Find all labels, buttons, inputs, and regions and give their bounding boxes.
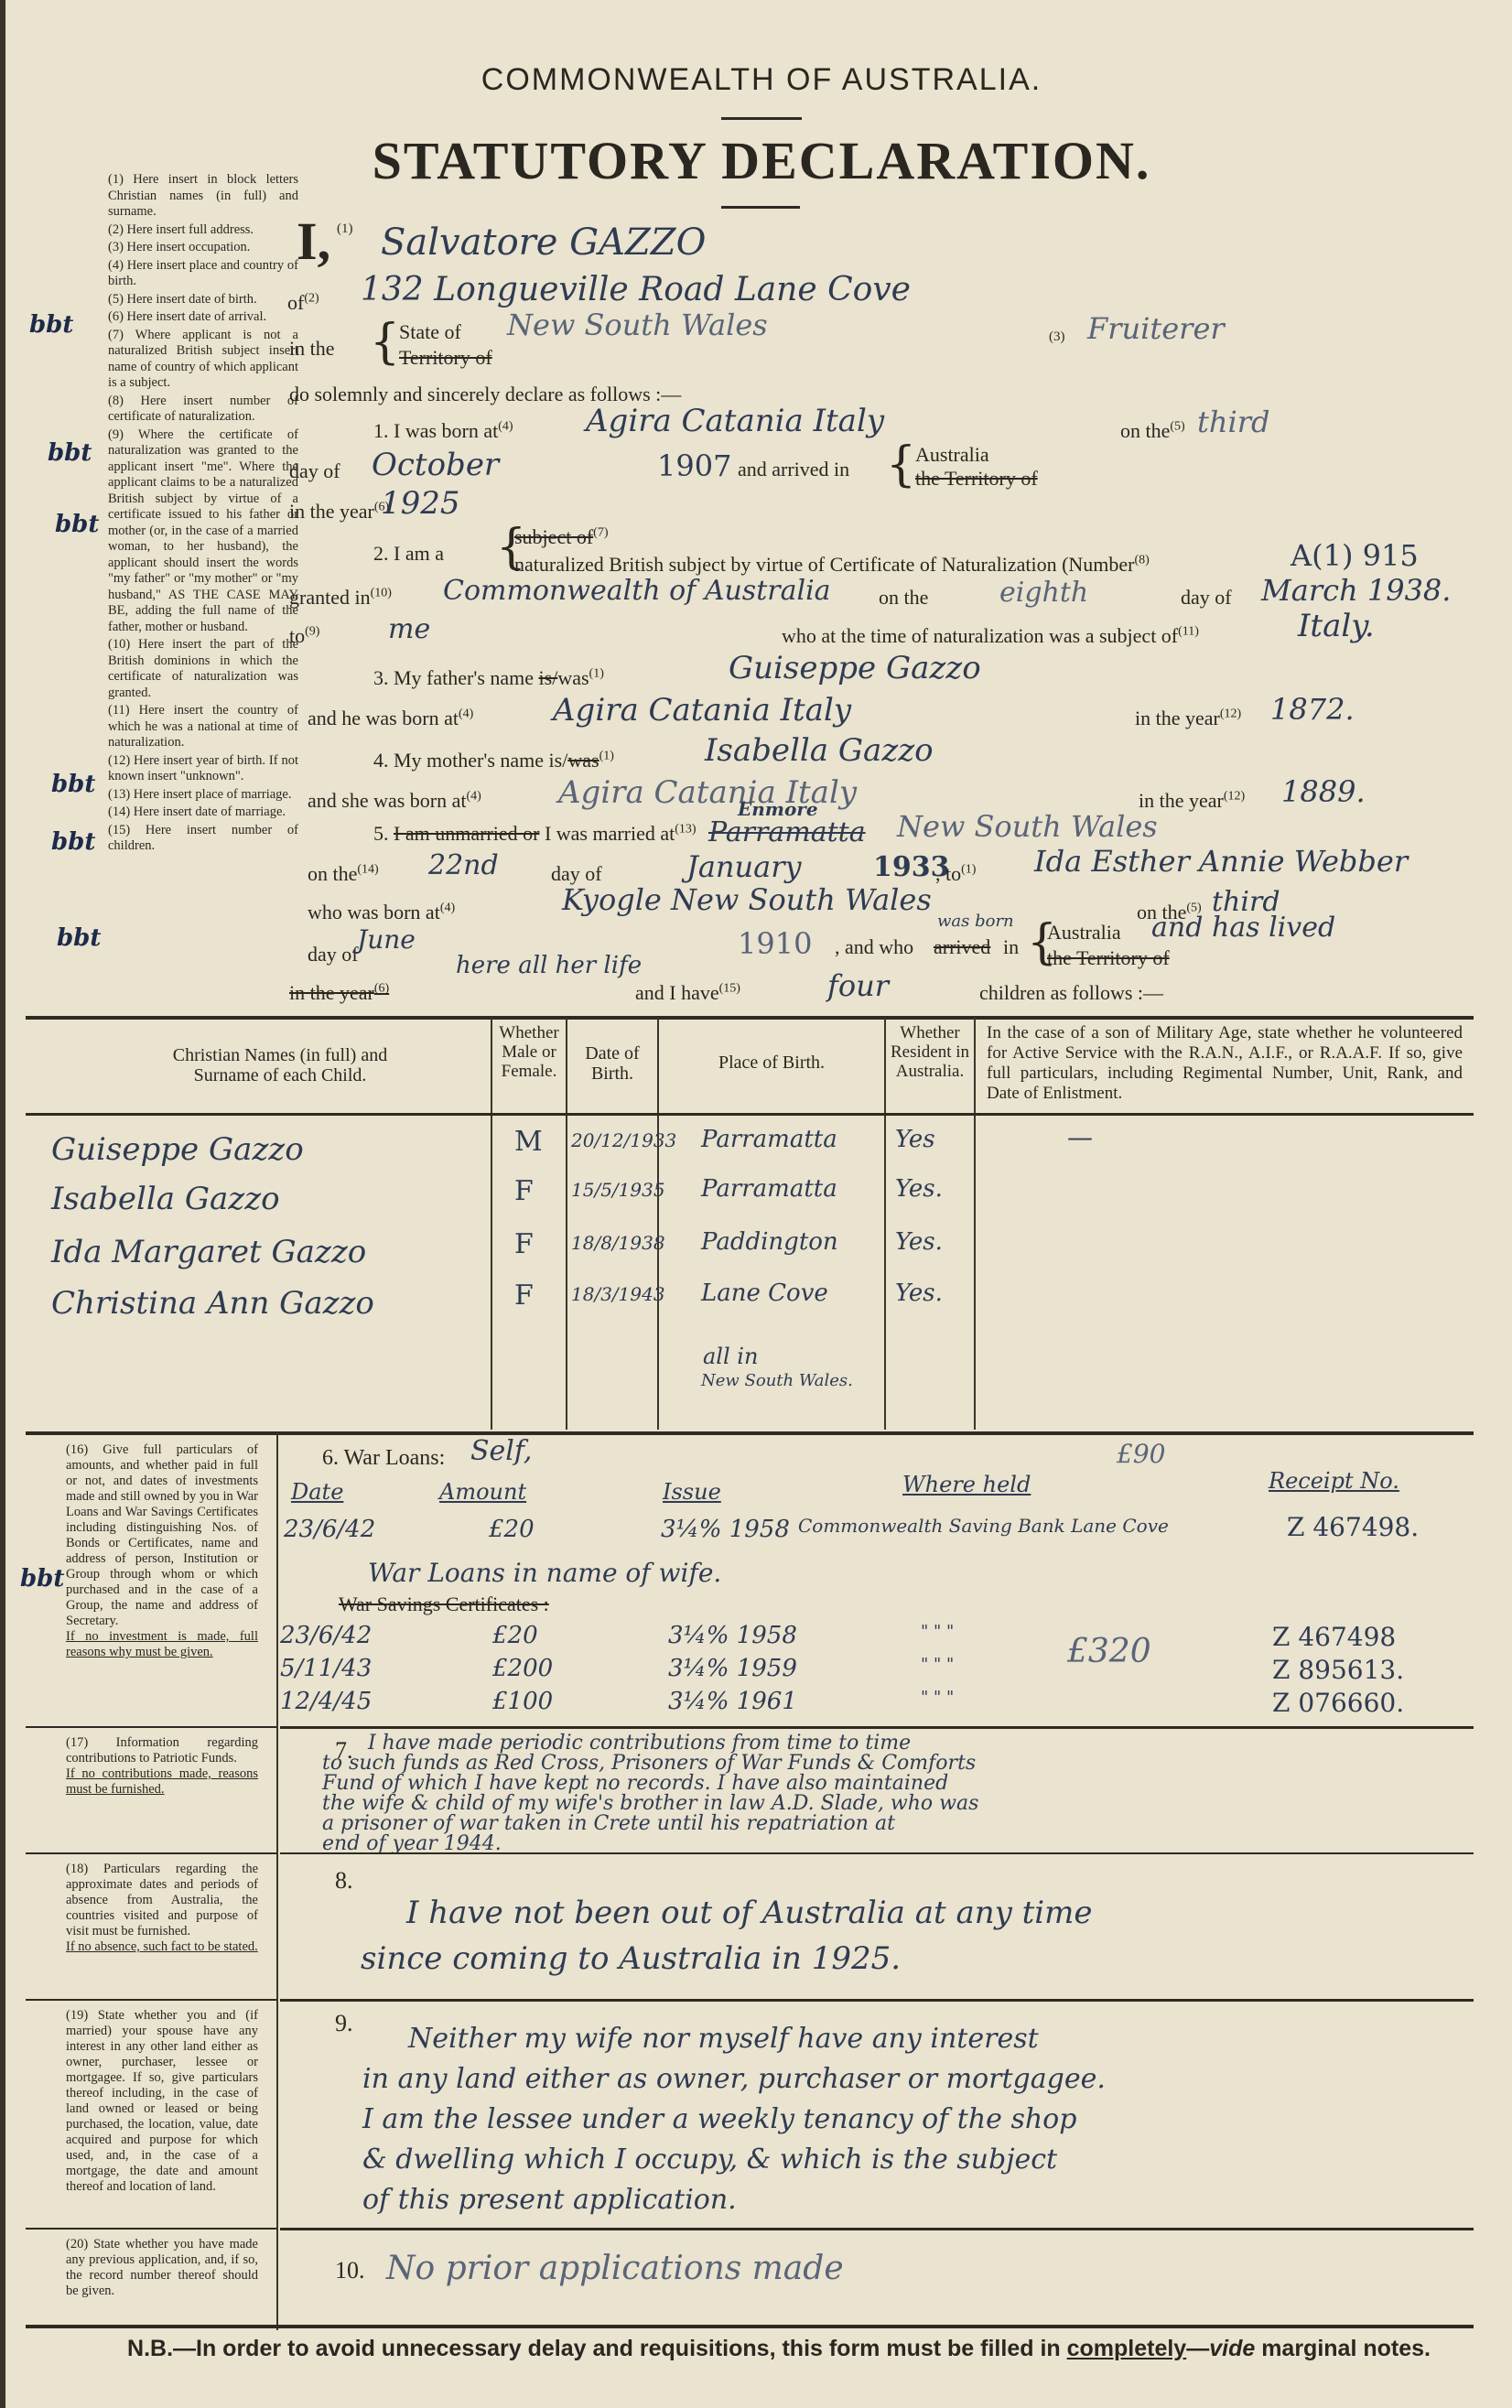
label-day-of: day of bbox=[308, 943, 359, 966]
label-subject-of: who at the time of naturalization was a … bbox=[782, 624, 1199, 648]
side-note-20: (20) State whether you have made any pre… bbox=[66, 2237, 258, 2299]
item5-label: 5. I am unmarried or I was married at(13… bbox=[373, 822, 697, 846]
margin-column-divider bbox=[276, 1433, 278, 2330]
child-dob[interactable]: 18/3/1943 bbox=[571, 1283, 665, 1305]
item1-label: 1. I was born at(4) bbox=[373, 419, 513, 443]
label-of: of(2) bbox=[287, 291, 319, 315]
child-sex[interactable]: F bbox=[514, 1280, 534, 1312]
children-count[interactable]: four bbox=[827, 968, 889, 1003]
section-rule bbox=[280, 2228, 1474, 2230]
label-i: I, bbox=[297, 211, 330, 272]
header-divider bbox=[721, 206, 800, 209]
child-resident[interactable]: Yes. bbox=[895, 1175, 943, 1203]
column-header-dob: Date of Birth. bbox=[567, 1043, 657, 1084]
column-divider bbox=[974, 1018, 976, 1430]
column-label-issue: Issue bbox=[663, 1479, 721, 1505]
column-header-military: In the case of a son of Military Age, st… bbox=[987, 1023, 1463, 1104]
wife-loan-date[interactable]: 23/6/42 bbox=[280, 1622, 372, 1649]
wife-loan-amount[interactable]: £20 bbox=[492, 1622, 538, 1649]
child-military[interactable]: — bbox=[1067, 1122, 1093, 1152]
margin-notes: (1) Here insert in block letters Christi… bbox=[108, 172, 298, 857]
initials-mark: bbt bbox=[55, 511, 99, 538]
item1-birthplace[interactable]: Agira Catania Italy bbox=[586, 403, 884, 439]
column-label-receipt: Receipt No. bbox=[1269, 1468, 1399, 1494]
spouse-name[interactable]: Ida Esther Annie Webber bbox=[1034, 844, 1408, 879]
initials-mark: bbt bbox=[51, 771, 95, 798]
margin-note: (11) Here insert the country of which he… bbox=[108, 703, 298, 751]
label-born-at: who was born at(4) bbox=[308, 901, 455, 924]
mother-birth-year[interactable]: 1889. bbox=[1281, 774, 1366, 809]
wife-loan-issue[interactable]: 3¼% 1961 bbox=[668, 1688, 797, 1715]
item9-number: 9. bbox=[335, 2010, 353, 2037]
label-in-the-year: in the year(6) bbox=[289, 500, 389, 524]
child-name[interactable]: Isabella Gazzo bbox=[51, 1181, 280, 1217]
section-rule bbox=[26, 1726, 276, 1728]
answer-line[interactable]: Neither my wife nor myself have any inte… bbox=[408, 2023, 1039, 2055]
wife-loan-issue[interactable]: 3¼% 1959 bbox=[668, 1655, 797, 1682]
wife-loan-issue[interactable]: 3¼% 1958 bbox=[668, 1622, 797, 1649]
child-birthplace[interactable]: Lane Cove bbox=[701, 1280, 828, 1307]
margin-note: (9) Where the certificate of naturalizat… bbox=[108, 427, 298, 636]
brace: { bbox=[370, 319, 400, 366]
item1-birth-day[interactable]: third bbox=[1197, 405, 1269, 439]
mother-name[interactable]: Isabella Gazzo bbox=[705, 732, 934, 769]
granted-month-year[interactable]: March 1938. bbox=[1261, 573, 1451, 608]
self-loan-where-held[interactable]: Commonwealth Saving Bank Lane Cove bbox=[798, 1516, 1183, 1536]
footer-rule bbox=[26, 2325, 1474, 2328]
option-territory: the Territory of bbox=[915, 467, 1038, 491]
label-to: to(9) bbox=[289, 624, 319, 648]
side-note-17: (17) Information regarding contributions… bbox=[66, 1735, 258, 1798]
lived-note-2[interactable]: here all her life bbox=[456, 952, 642, 979]
column-header-sex: Whether Male or Female. bbox=[492, 1023, 566, 1081]
declaration-form: COMMONWEALTH OF AUSTRALIA. STATUTORY DEC… bbox=[0, 0, 1512, 2408]
declarant-address[interactable]: 132 Longueville Road Lane Cove bbox=[361, 271, 911, 308]
side-note-18: (18) Particulars regarding the approxima… bbox=[66, 1862, 258, 1955]
label-in-the-year: in the year(12) bbox=[1135, 707, 1241, 730]
wife-loan-amount[interactable]: £200 bbox=[492, 1655, 553, 1682]
margin-note: (14) Here insert date of marriage. bbox=[108, 804, 298, 821]
column-label-date: Date bbox=[291, 1479, 343, 1505]
country-heading: COMMONWEALTH OF AUSTRALIA. bbox=[5, 62, 1512, 98]
label-born-at: and he was born at(4) bbox=[308, 707, 473, 730]
child-name[interactable]: Ida Margaret Gazzo bbox=[51, 1234, 366, 1270]
item2-label: 2. I am a bbox=[373, 542, 444, 566]
granted-to[interactable]: me bbox=[388, 613, 430, 645]
item1-birth-year[interactable]: 1907 bbox=[657, 448, 731, 483]
item1-arrival-year[interactable]: 1925 bbox=[381, 485, 460, 522]
section-rule bbox=[280, 1999, 1474, 2002]
margin-note: (4) Here insert place and country of bir… bbox=[108, 258, 298, 290]
footer-note: N.B.—In order to avoid unnecessary delay… bbox=[74, 2336, 1484, 2362]
note-ref: (1) bbox=[337, 221, 353, 237]
label-day-of: day of bbox=[1181, 586, 1232, 610]
table-top-rule bbox=[26, 1016, 1474, 1020]
certificate-number[interactable]: A(1) 915 bbox=[1291, 538, 1419, 573]
place-note: all in bbox=[703, 1344, 758, 1369]
answer-line[interactable]: & dwelling which I occupy, & which is th… bbox=[362, 2143, 1057, 2176]
wife-loan-receipt[interactable]: Z 895613. bbox=[1272, 1655, 1404, 1685]
child-dob[interactable]: 18/8/1938 bbox=[571, 1232, 665, 1254]
subject-of-country[interactable]: Italy. bbox=[1298, 608, 1375, 644]
margin-note: (2) Here insert full address. bbox=[108, 222, 298, 239]
wife-loan-where-held[interactable]: " " " bbox=[921, 1622, 954, 1641]
wife-loans-heading: War Loans in name of wife. bbox=[368, 1558, 721, 1588]
label-in-the: in the bbox=[289, 337, 335, 361]
wife-loan-where-held[interactable]: " " " bbox=[921, 1655, 954, 1674]
spouse-birthplace[interactable]: Kyogle New South Wales bbox=[562, 882, 932, 917]
item10-answer[interactable]: No prior applications made bbox=[386, 2250, 844, 2287]
self-loan-amount[interactable]: £20 bbox=[489, 1516, 535, 1543]
total-note: £90 bbox=[1117, 1439, 1165, 1469]
margin-note: (7) Where applicant is not a naturalized… bbox=[108, 328, 298, 392]
self-loan-date[interactable]: 23/6/42 bbox=[284, 1516, 375, 1543]
granted-in[interactable]: Commonwealth of Australia bbox=[443, 575, 831, 607]
self-loan-issue[interactable]: 3¼% 1958 bbox=[661, 1516, 790, 1543]
item8-number: 8. bbox=[335, 1867, 353, 1895]
marriage-day[interactable]: 22nd bbox=[428, 849, 499, 881]
label-on-the: on the(14) bbox=[308, 862, 379, 886]
wife-loan-receipt[interactable]: Z 076660. bbox=[1272, 1688, 1404, 1718]
child-name[interactable]: Christina Ann Gazzo bbox=[51, 1285, 374, 1322]
label-on-the: on the bbox=[879, 586, 928, 610]
margin-note: (12) Here insert year of birth. If not k… bbox=[108, 753, 298, 785]
child-birthplace[interactable]: Parramatta bbox=[701, 1126, 837, 1153]
lived-note[interactable]: and has lived bbox=[1151, 912, 1335, 944]
was-born-inserted[interactable]: was born bbox=[937, 912, 1014, 931]
war-loans-owner[interactable]: Self, bbox=[470, 1435, 532, 1467]
child-sex[interactable]: F bbox=[514, 1175, 534, 1207]
label-children-as-follows: children as follows :— bbox=[979, 981, 1163, 1005]
wife-loan-amount[interactable]: £100 bbox=[492, 1688, 553, 1715]
label-granted-in: granted in(10) bbox=[289, 586, 392, 610]
declarant-state[interactable]: New South Wales bbox=[507, 308, 768, 342]
initials-mark: bbt bbox=[48, 439, 92, 467]
margin-note: (6) Here insert date of arrival. bbox=[108, 309, 298, 326]
granted-day[interactable]: eighth bbox=[999, 577, 1088, 609]
self-loan-receipt[interactable]: Z 467498. bbox=[1287, 1512, 1419, 1542]
wife-loan-date[interactable]: 5/11/43 bbox=[280, 1655, 372, 1682]
side-note-16: (16) Give full particulars of amounts, a… bbox=[66, 1442, 258, 1660]
section-rule bbox=[26, 2228, 276, 2230]
wife-loan-where-held[interactable]: " " " bbox=[921, 1688, 954, 1707]
marriage-place-struck: Parramatta bbox=[708, 816, 866, 848]
table-header-rule bbox=[26, 1113, 1474, 1116]
header-divider bbox=[721, 117, 802, 120]
label-born-at: and she was born at(4) bbox=[308, 789, 481, 813]
item1-birth-month[interactable]: October bbox=[372, 447, 499, 483]
section-rule bbox=[26, 1431, 1474, 1435]
initials-mark: bbt bbox=[29, 311, 73, 339]
label-arrived-in: and arrived in bbox=[738, 458, 849, 481]
label-on-the: on the(5) bbox=[1120, 419, 1185, 443]
initials-mark: bbt bbox=[20, 1565, 64, 1593]
wife-loan-receipt[interactable]: Z 467498 bbox=[1272, 1622, 1396, 1652]
child-sex[interactable]: M bbox=[514, 1126, 543, 1158]
answer-line[interactable]: I am the lessee under a weekly tenancy o… bbox=[362, 2103, 1076, 2135]
column-header-name: Christian Names (in full) and Surname of… bbox=[143, 1045, 417, 1085]
item3-label: 3. My father's name is/was(1) bbox=[373, 666, 604, 690]
column-divider bbox=[657, 1018, 659, 1430]
child-resident[interactable]: Yes. bbox=[895, 1228, 943, 1256]
answer-line[interactable]: I have not been out of Australia at any … bbox=[406, 1895, 1093, 1931]
margin-note: (1) Here insert in block letters Christi… bbox=[108, 172, 298, 221]
answer-line[interactable]: in any land either as owner, purchaser o… bbox=[362, 2063, 1106, 2095]
label-in: in bbox=[1003, 935, 1019, 959]
arrived-struck: arrived bbox=[934, 935, 990, 959]
war-savings-struck: War Savings Certificates : bbox=[339, 1593, 549, 1616]
initials-mark: bbt bbox=[57, 924, 101, 952]
section-rule bbox=[26, 1852, 276, 1854]
spouse-birth-year[interactable]: 1910 bbox=[738, 926, 812, 961]
section-rule bbox=[26, 1999, 276, 2001]
declarant-occupation[interactable]: Fruiterer bbox=[1087, 311, 1225, 346]
marriage-state[interactable]: New South Wales bbox=[897, 809, 1158, 844]
column-header-resident: Whether Resident in Australia. bbox=[886, 1023, 974, 1081]
section-rule bbox=[280, 1726, 1474, 1729]
column-label-where-held: Where held bbox=[902, 1472, 1031, 1497]
wife-loan-date[interactable]: 12/4/45 bbox=[280, 1688, 372, 1715]
label-i-have: and I have(15) bbox=[635, 981, 740, 1005]
margin-note: (10) Here insert the part of the British… bbox=[108, 637, 298, 701]
initials-mark: bbt bbox=[51, 828, 95, 856]
margin-note: (15) Here insert number of children. bbox=[108, 823, 298, 855]
option-state-of: State of bbox=[399, 320, 461, 344]
side-note-19: (19) State whether you and (if married) … bbox=[66, 2008, 258, 2195]
note-ref: (3) bbox=[1049, 329, 1065, 345]
child-birthplace[interactable]: Paddington bbox=[701, 1228, 838, 1256]
child-dob[interactable]: 15/5/1935 bbox=[571, 1179, 665, 1201]
option-naturalized: naturalized British subject by virtue of… bbox=[514, 553, 1150, 577]
in-the-year-struck: in the year(6) bbox=[289, 981, 389, 1005]
child-resident[interactable]: Yes bbox=[895, 1126, 935, 1153]
item4-label: 4. My mother's name is/was(1) bbox=[373, 749, 614, 772]
item10-number: 10. bbox=[335, 2257, 365, 2284]
item6-label: 6. War Loans: bbox=[322, 1446, 445, 1471]
child-sex[interactable]: F bbox=[514, 1228, 534, 1260]
section-rule bbox=[280, 1852, 1474, 1854]
child-name[interactable]: Guiseppe Gazzo bbox=[51, 1131, 304, 1168]
father-birthplace[interactable]: Agira Catania Italy bbox=[553, 692, 851, 729]
answer-line[interactable]: since coming to Australia in 1925. bbox=[361, 1940, 901, 1977]
answer-line[interactable]: of this present application. bbox=[362, 2184, 737, 2216]
option-territory: the Territory of bbox=[1047, 946, 1170, 970]
child-birthplace[interactable]: Parramatta bbox=[701, 1175, 837, 1203]
place-note: New South Wales. bbox=[701, 1371, 853, 1390]
label-day-of: day of bbox=[289, 459, 340, 483]
margin-note: (5) Here insert date of birth. bbox=[108, 292, 298, 308]
label-and-who: , and who bbox=[835, 935, 913, 959]
column-header-place: Place of Birth. bbox=[659, 1053, 884, 1073]
option-territory-of: Territory of bbox=[399, 346, 492, 370]
margin-note: (13) Here insert place of marriage. bbox=[108, 787, 298, 804]
option-australia: Australia bbox=[1047, 921, 1121, 945]
father-birth-year[interactable]: 1872. bbox=[1270, 692, 1355, 727]
option-subject-of: subject of(7) bbox=[514, 525, 608, 549]
child-dob[interactable]: 20/12/1933 bbox=[571, 1129, 676, 1151]
brace: { bbox=[886, 441, 916, 489]
label-to: , to(1) bbox=[935, 862, 976, 886]
column-label-amount: Amount bbox=[439, 1479, 526, 1505]
option-australia: Australia bbox=[915, 443, 989, 467]
margin-note: (8) Here insert number of certificate of… bbox=[108, 394, 298, 426]
margin-note: (3) Here insert occupation. bbox=[108, 240, 298, 256]
child-resident[interactable]: Yes. bbox=[895, 1280, 943, 1307]
marriage-month[interactable]: January bbox=[686, 849, 802, 884]
total-note: £320 bbox=[1067, 1633, 1151, 1670]
declarant-name[interactable]: Salvatore GAZZO bbox=[381, 221, 706, 264]
spouse-birth-month[interactable]: June bbox=[357, 924, 416, 955]
father-name[interactable]: Guiseppe Gazzo bbox=[729, 650, 981, 686]
